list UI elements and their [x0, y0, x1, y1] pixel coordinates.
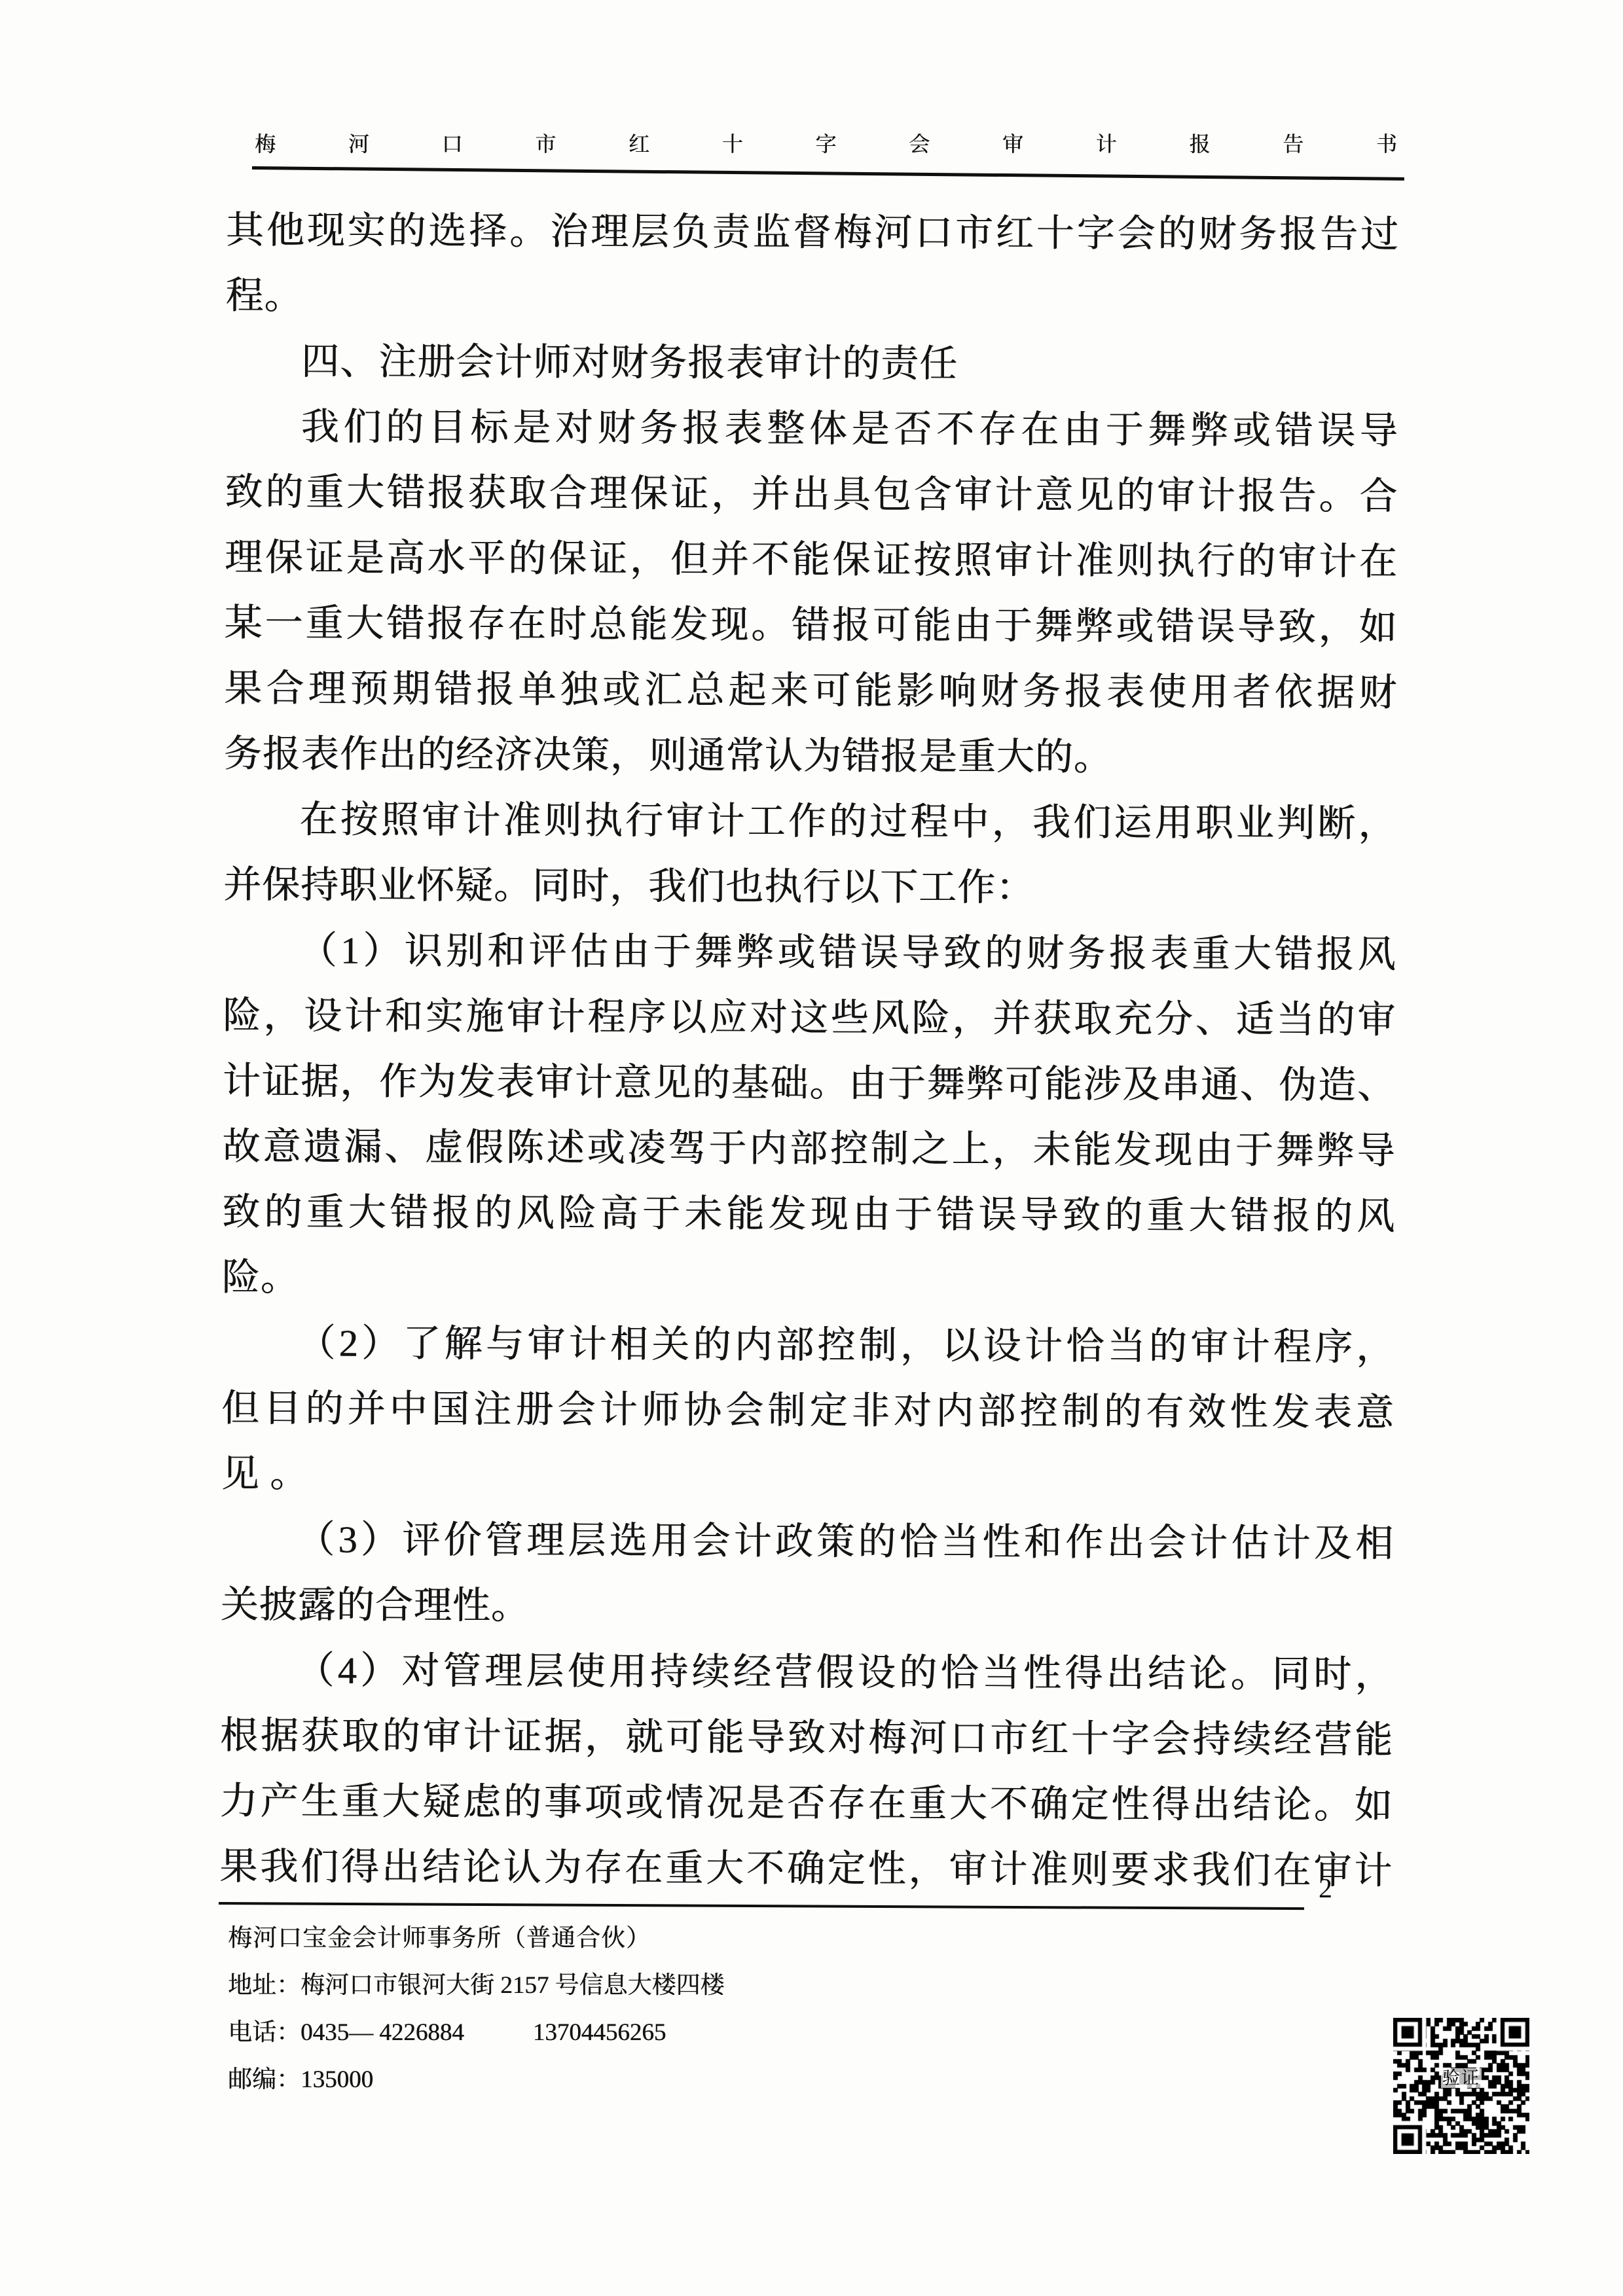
footer-address-label: 地址：	[228, 1972, 301, 1999]
header-title-char: 报	[1189, 131, 1210, 157]
document-page: 梅河口市红十字会审计报告书 其他现实的选择。治理层负责监督梅河口市红十字会的财务…	[0, 0, 1623, 2296]
footer-divider	[219, 1902, 1304, 1910]
footer-phone-secondary: 13704456265	[533, 2019, 666, 2046]
body-text-line: 根据获取的审计证据，就可能导致对梅河口市红十字会持续经营能	[220, 1703, 1393, 1773]
header-title-char: 计	[1096, 131, 1117, 157]
footer-postal-label: 邮编：	[228, 2066, 301, 2093]
footer-postal-line: 邮编：135000	[228, 2056, 725, 2104]
body-text-line: 故意遗漏、虚假陈述或凌驾于内部控制之上，未能发现由于舞弊导	[222, 1114, 1395, 1184]
qr-center-label: 验证	[1441, 2068, 1482, 2088]
body-text-line: 致的重大错报获取合理保证，并出具包含审计意见的审计报告。合	[225, 459, 1398, 529]
body-text-line: 我们的目标是对财务报表整体是否不存在由于舞弊或错误导	[225, 394, 1398, 464]
footer-phone-line: 电话：0435— 422688413704456265	[228, 2009, 725, 2056]
body-text-line: 力产生重大疑虑的事项或情况是否存在重大不确定性得出结论。如	[219, 1768, 1393, 1839]
footer-address-line: 地址：梅河口市银河大街 2157 号信息大楼四楼	[228, 1962, 725, 2009]
header-title-char: 梅	[255, 131, 276, 157]
footer-postal-value: 135000	[301, 2066, 373, 2093]
header-title-char: 书	[1376, 131, 1397, 157]
body-text-line: （4）对管理层使用持续经营假设的恰当性得出结论。同时，	[220, 1638, 1393, 1708]
body-text-line: 关披露的合理性。	[221, 1572, 1394, 1642]
body-text-line: 果我们得出结论认为存在重大不确定性，审计准则要求我们在审计	[219, 1834, 1393, 1904]
footer-address-value: 梅河口市银河大街 2157 号信息大楼四楼	[301, 1972, 725, 1999]
footer-firm-name: 梅河口宝金会计师事务所（普通合伙）	[228, 1915, 725, 1962]
header-title-char: 河	[348, 131, 369, 157]
header-title-char: 字	[815, 131, 836, 157]
body-text-line: 在按照审计准则执行审计工作的过程中，我们运用职业判断，	[223, 787, 1396, 857]
footer-phone-label: 电话：	[228, 2019, 301, 2046]
header-title-char: 告	[1283, 131, 1304, 157]
body-text-line: 但目的并中国注册会计师协会制定非对内部控制的有效性发表意	[221, 1376, 1395, 1446]
body-text-line: 见 。	[221, 1441, 1394, 1511]
body-text-line: （3）评价管理层选用会计政策的恰当性和作出会计估计及相	[221, 1507, 1394, 1577]
qr-code: 验证	[1393, 2018, 1529, 2154]
body-text-block: 其他现实的选择。治理层负责监督梅河口市红十字会的财务报告过程。四、注册会计师对财…	[219, 198, 1399, 1904]
footer-phone-primary: 0435— 4226884	[301, 2019, 464, 2046]
header-title-char: 口	[441, 131, 462, 157]
body-text-line: 计证据，作为发表审计意见的基础。由于舞弊可能涉及串通、伪造、	[223, 1049, 1396, 1119]
body-text-line: 致的重大错报的风险高于未能发现由于错误导致的重大错报的风	[222, 1179, 1395, 1249]
header-title-char: 审	[1002, 131, 1023, 157]
body-text-line: 果合理预期错报单独或汇总起来可能影响财务报表使用者依据财	[224, 656, 1397, 726]
header-underline	[252, 166, 1404, 181]
page-number: 2	[1319, 1873, 1332, 1905]
body-text-line: 并保持职业怀疑。同时，我们也执行以下工作：	[223, 852, 1396, 922]
body-text-line: 某一重大错报存在时总能发现。错报可能由于舞弊或错误导致，如	[224, 590, 1397, 660]
body-text-line: （2）了解与审计相关的内部控制，以设计恰当的审计程序，	[221, 1310, 1395, 1380]
header-title-char: 市	[535, 131, 556, 157]
header-title-char: 会	[909, 131, 930, 157]
header-title-char: 十	[722, 131, 743, 157]
body-text-line: 险，设计和实施审计程序以应对这些风险，并获取充分、适当的审	[223, 983, 1396, 1053]
body-text-line: （1）识别和评估由于舞弊或错误导致的财务报表重大错报风	[223, 918, 1396, 988]
body-text-line: 四、注册会计师对财务报表审计的责任	[225, 329, 1398, 399]
body-text-line: 程。	[225, 263, 1398, 333]
body-text-line: 理保证是高水平的保证，但并不能保证按照审计准则执行的审计在	[225, 525, 1398, 595]
body-text-line: 务报表作出的经济决策，则通常认为错报是重大的。	[224, 721, 1397, 791]
page-header-title: 梅河口市红十字会审计报告书	[255, 131, 1397, 157]
body-text-line: 险。	[221, 1245, 1395, 1315]
header-title-char: 红	[629, 131, 649, 157]
footer-block: 梅河口宝金会计师事务所（普通合伙） 地址：梅河口市银河大街 2157 号信息大楼…	[228, 1915, 725, 2104]
body-text-line: 其他现实的选择。治理层负责监督梅河口市红十字会的财务报告过	[226, 198, 1399, 268]
